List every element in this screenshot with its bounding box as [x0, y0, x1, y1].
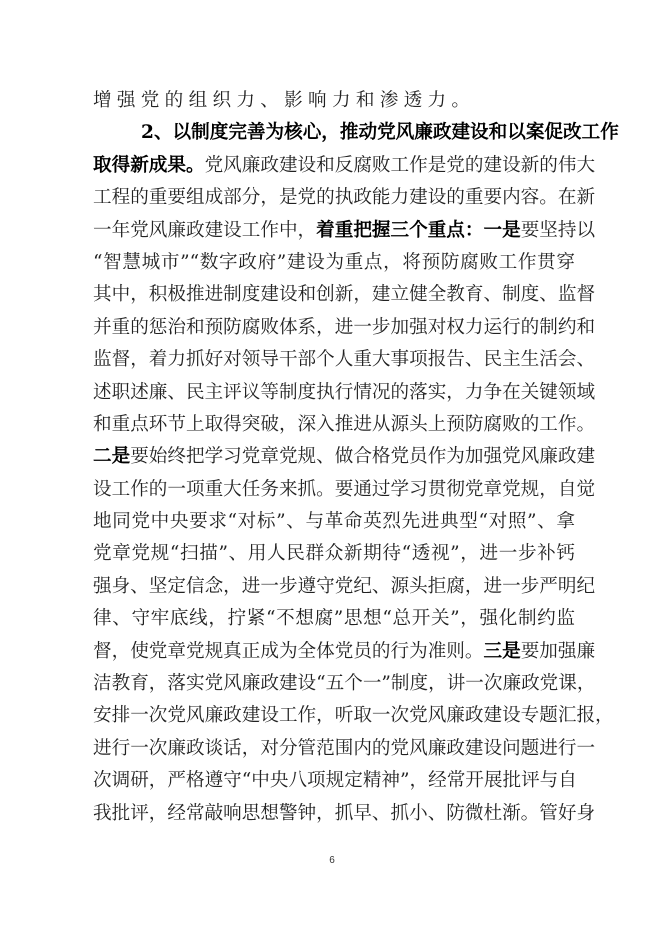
text-line: 进行一次廉政谈话，对分管范围内的党风廉政建设问题进行一 [93, 733, 575, 765]
text-segment: 督，使党章党规真正成为全体党员的行为准则。 [93, 641, 483, 662]
text-segment: 要始终把学习党章党规、做合格党员作为加强党风廉政建 [130, 446, 595, 467]
text-line: 律、守牢底线，拧紧“不想腐”思想“总开关”，强化制约监 [93, 603, 575, 635]
text-segment: 工程的重要组成部分，是党的执政能力建设的重要内容。在新 [93, 187, 595, 208]
text-line: 增强党的组织力、影响力和渗透力。 [93, 85, 575, 117]
text-segment: 次调研，严格遵守“中央八项规定精神”，经常开展批评与自 [93, 770, 577, 791]
page-number: 6 [322, 855, 342, 866]
text-line: “智慧城市”“数字政府”建设为重点，将预防腐败工作贯穿 [93, 247, 575, 279]
text-segment: 设工作的一项重大任务来抓。要通过学习贯彻党章党规，自觉 [93, 479, 595, 500]
bold-text-segment: 着重把握三个重点：一是 [316, 220, 521, 241]
text-line: 2、以制度完善为核心，推动党风廉政建设和以案促改工作 [93, 117, 575, 149]
text-segment: 其中，积极推进制度建设和创新，建立健全教育、制度、监督 [93, 284, 595, 305]
text-segment: 党章党规“扫描”、用人民群众新期待“透视”，进一步补钙 [93, 543, 575, 564]
text-line: 次调研，严格遵守“中央八项规定精神”，经常开展批评与自 [93, 765, 575, 797]
text-segment: 安排一次党风廉政建设工作，听取一次党风廉政建设专题汇报， [93, 705, 614, 726]
text-segment: 地同党中央要求“对标”、与革命英烈先进典型“对照”、拿 [93, 511, 575, 532]
text-line: 设工作的一项重大任务来抓。要通过学习贯彻党章党规，自觉 [93, 474, 575, 506]
text-segment: 强身、坚定信念，进一步遵守党纪、源头拒腐，进一步严明纪 [93, 576, 595, 597]
text-segment: 和重点环节上取得突破，深入推进从源头上预防腐败的工作。 [93, 414, 595, 435]
text-line: 二是要始终把学习党章党规、做合格党员作为加强党风廉政建 [93, 441, 575, 473]
text-segment: “智慧城市”“数字政府”建设为重点，将预防腐败工作贯穿 [93, 252, 575, 273]
text-segment: 党风廉政建设和反腐败工作是党的建设新的伟大 [205, 155, 595, 176]
bold-text-segment: 三是 [483, 641, 520, 662]
text-line: 取得新成果。党风廉政建设和反腐败工作是党的建设新的伟大 [93, 150, 575, 182]
text-line: 一年党风廉政建设工作中，着重把握三个重点：一是要坚持以 [93, 215, 575, 247]
bold-text-segment: 二是 [93, 446, 130, 467]
document-page: 增强党的组织力、影响力和渗透力。2、以制度完善为核心，推动党风廉政建设和以案促改… [0, 0, 662, 936]
text-segment: 一年党风廉政建设工作中， [93, 220, 316, 241]
text-segment: 述职述廉、民主评议等制度执行情况的落实，力争在关键领域 [93, 382, 595, 403]
bold-text-segment: 取得新成果。 [93, 155, 205, 176]
text-segment: 监督，着力抓好对领导干部个人重大事项报告、民主生活会、 [93, 349, 595, 370]
text-line: 督，使党章党规真正成为全体党员的行为准则。三是要加强廉 [93, 636, 575, 668]
bold-text-segment: 2、以制度完善为核心，推动党风廉政建设和以案促改工作 [141, 122, 619, 143]
text-line: 安排一次党风廉政建设工作，听取一次党风廉政建设专题汇报， [93, 700, 575, 732]
text-segment: 要坚持以 [521, 220, 595, 241]
text-segment: 我批评，经常敲响思想警钟，抓早、抓小、防微杜渐。管好身 [93, 803, 595, 824]
text-line: 党章党规“扫描”、用人民群众新期待“透视”，进一步补钙 [93, 538, 575, 570]
text-segment: 增强党的组织力、影响力和渗透力。 [93, 90, 475, 111]
text-segment: 进行一次廉政谈话，对分管范围内的党风廉政建设问题进行一 [93, 738, 595, 759]
body-text: 增强党的组织力、影响力和渗透力。2、以制度完善为核心，推动党风廉政建设和以案促改… [93, 85, 575, 830]
text-segment: 洁教育，落实党风廉政建设“五个一”制度，讲一次廉政党课， [93, 673, 595, 694]
text-line: 述职述廉、民主评议等制度执行情况的落实，力争在关键领域 [93, 377, 575, 409]
text-line: 强身、坚定信念，进一步遵守党纪、源头拒腐，进一步严明纪 [93, 571, 575, 603]
text-line: 并重的惩治和预防腐败体系，进一步加强对权力运行的制约和 [93, 312, 575, 344]
text-line: 工程的重要组成部分，是党的执政能力建设的重要内容。在新 [93, 182, 575, 214]
text-segment: 并重的惩治和预防腐败体系，进一步加强对权力运行的制约和 [93, 317, 595, 338]
text-line: 我批评，经常敲响思想警钟，抓早、抓小、防微杜渐。管好身 [93, 798, 575, 830]
text-line: 其中，积极推进制度建设和创新，建立健全教育、制度、监督 [93, 279, 575, 311]
text-segment: 律、守牢底线，拧紧“不想腐”思想“总开关”，强化制约监 [93, 608, 575, 629]
text-segment: 要加强廉 [521, 641, 595, 662]
text-line: 洁教育，落实党风廉政建设“五个一”制度，讲一次廉政党课， [93, 668, 575, 700]
text-line: 监督，着力抓好对领导干部个人重大事项报告、民主生活会、 [93, 344, 575, 376]
text-line: 地同党中央要求“对标”、与革命英烈先进典型“对照”、拿 [93, 506, 575, 538]
text-line: 和重点环节上取得突破，深入推进从源头上预防腐败的工作。 [93, 409, 575, 441]
